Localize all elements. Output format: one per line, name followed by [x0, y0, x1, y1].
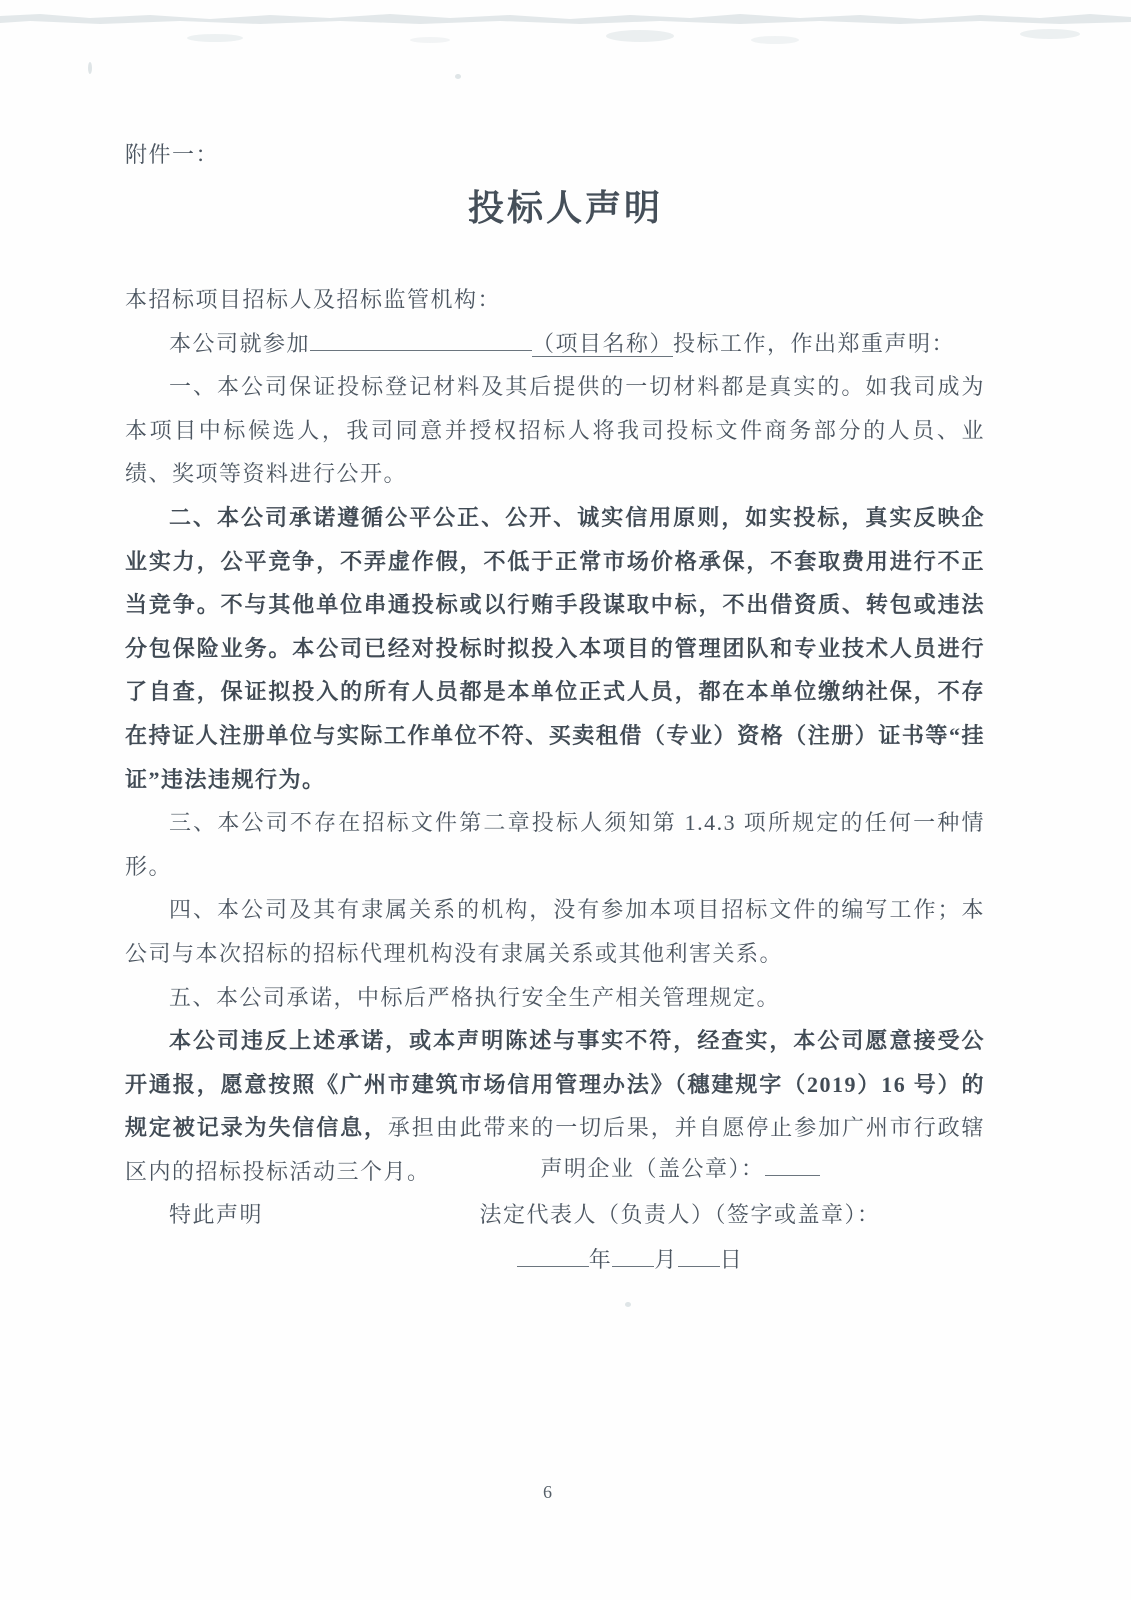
day-label: 日	[720, 1247, 744, 1272]
scan-speck	[625, 1302, 631, 1307]
paragraph-5: 五、本公司承诺，中标后严格执行安全生产相关管理规定。	[125, 976, 985, 1020]
scan-artifact-band	[0, 0, 1131, 60]
intro-line: 本招标项目招标人及招标监管机构：	[125, 278, 985, 322]
scan-speck	[88, 62, 92, 74]
paragraph-1: 一、本公司保证投标登记材料及其后提供的一切材料都是真实的。如我司成为本项目中标候…	[125, 365, 985, 496]
project-name-placeholder: （项目名称）	[532, 331, 673, 357]
month-blank	[612, 1244, 654, 1267]
month-label: 月	[654, 1247, 678, 1272]
project-name-blank	[310, 328, 532, 351]
legal-rep-label: 法定代表人（负责人）（签字或盖章）：	[479, 1202, 880, 1227]
participation-suffix: 投标工作，作出郑重声明：	[673, 331, 955, 356]
year-label: 年	[589, 1247, 613, 1272]
page-number: 6	[0, 1482, 1095, 1503]
participation-line: 本公司就参加（项目名称）投标工作，作出郑重声明：	[125, 322, 985, 366]
day-blank	[678, 1244, 720, 1267]
legal-rep-line: 法定代表人（负责人）（签字或盖章）：	[400, 1192, 960, 1238]
attachment-label: 附件一：	[125, 138, 219, 169]
paragraph-3: 三、本公司不存在招标文件第二章投标人须知第 1.4.3 项所规定的任何一种情形。	[125, 801, 985, 888]
company-stamp-blank	[765, 1153, 820, 1176]
scan-speck	[455, 74, 461, 79]
company-stamp-line: 声明企业（盖公章）：	[400, 1146, 960, 1192]
signature-block: 声明企业（盖公章）： 法定代表人（负责人）（签字或盖章）： 年月日	[400, 1146, 960, 1283]
date-line: 年月日	[350, 1237, 910, 1283]
paragraph-2: 二、本公司承诺遵循公平公正、公开、诚实信用原则，如实投标，真实反映企业实力，公平…	[125, 496, 985, 801]
document-body: 本招标项目招标人及招标监管机构： 本公司就参加（项目名称）投标工作，作出郑重声明…	[125, 278, 985, 1237]
paragraph-4: 四、本公司及其有隶属关系的机构，没有参加本项目招标文件的编写工作；本公司与本次招…	[125, 888, 985, 975]
page-title: 投标人声明	[0, 180, 1131, 231]
year-blank	[517, 1244, 589, 1267]
company-stamp-label: 声明企业（盖公章）：	[540, 1156, 764, 1181]
scanned-document-page: 附件一： 投标人声明 本招标项目招标人及招标监管机构： 本公司就参加（项目名称）…	[0, 0, 1131, 1600]
participation-prefix: 本公司就参加	[169, 331, 310, 356]
